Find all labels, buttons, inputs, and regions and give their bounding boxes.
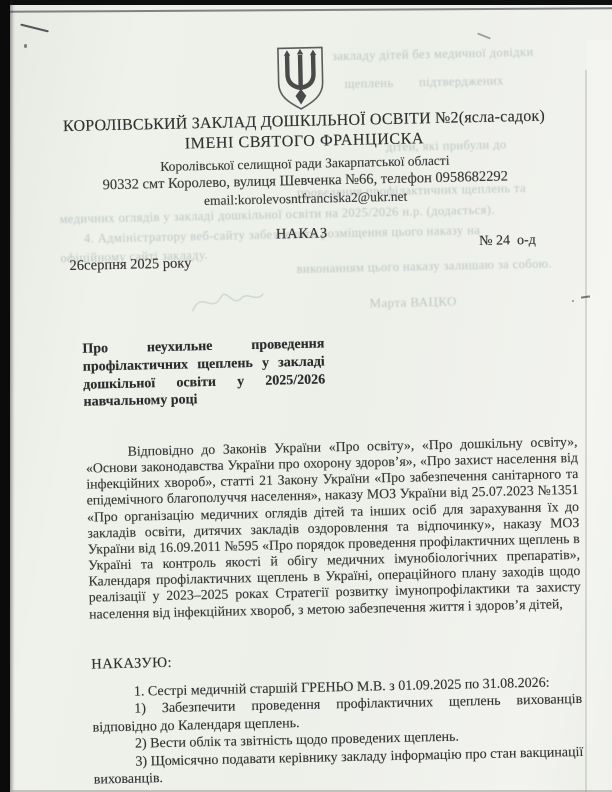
order-number: № 24 о-д (479, 233, 536, 250)
bleedthrough-text: виконанням цього наказу залишаю за собою… (297, 256, 553, 277)
document-content: закладу дітей без медичної довідки щепле… (0, 0, 612, 792)
paper-highlight-strip (587, 40, 612, 792)
scan-edge-top (0, 0, 612, 5)
decree-items: 1. Сестрі медичній старшій ГРЕНЬО М.В. з… (92, 674, 584, 789)
bleedthrough-signature-name: Марта ВАЦКО (369, 294, 457, 312)
letterhead: КОРОЛІВСЬКИЙ ЗАКЛАД ДОШКІЛЬНОЇ ОСВІТИ №2… (4, 106, 605, 213)
pen-mark-dot (24, 44, 27, 48)
order-preamble: Відповідно до Законів України «Про освіт… (85, 434, 581, 622)
scanned-order-document: закладу дітей без медичної довідки щепле… (0, 0, 612, 792)
order-subject: Про неухильне проведення профілактичних … (82, 335, 325, 411)
bleedthrough-text: закладу дітей без медичної довідки (332, 45, 534, 64)
bleedthrough-text: щеплень підтверджених (345, 73, 504, 91)
bleedthrough-signature-squiggle (187, 284, 268, 320)
ukraine-trident-emblem-icon (270, 45, 331, 112)
scan-edge-left (0, 0, 10, 792)
decree-word: НАКАЗУЮ: (91, 655, 172, 674)
order-date: 26серпня 2025 року (69, 255, 191, 275)
